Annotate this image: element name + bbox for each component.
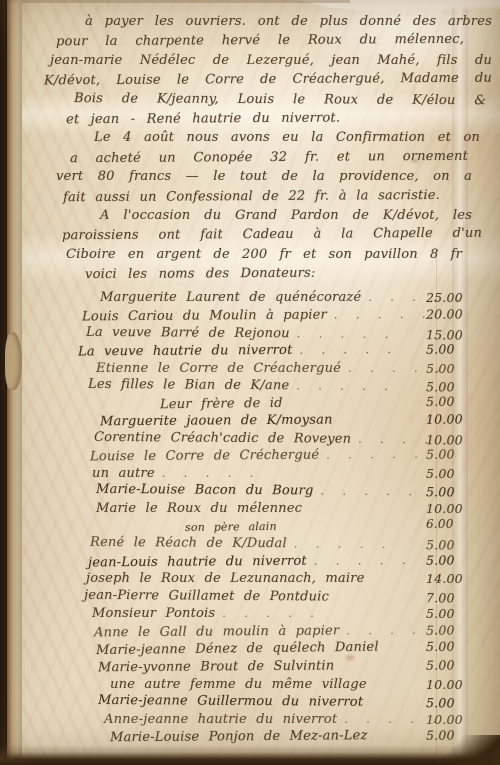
donor-row: Anne-jeanne hautrie du niverrot. . . . .…	[30, 711, 492, 729]
donor-list: Marguerite Laurent de quénécorazé. . . .…	[30, 289, 492, 745]
manuscript-text: à payer les ouvriers. ont de plus donné …	[30, 12, 492, 746]
donation-amount: 20.00	[426, 305, 486, 323]
manuscript-line: à payer les ouvriers. ont de plus donné …	[30, 12, 492, 31]
donation-amount: 7.00	[426, 589, 486, 607]
donor-name: Marie-Louise Bacon du Bourg	[96, 482, 314, 499]
donation-amount: 10.00	[426, 411, 486, 429]
manuscript-line: jean-marie Nédélec de Lezergué, jean Mah…	[30, 51, 492, 70]
donor-row: Louise le Corre de Créchergué. . . . .5.…	[30, 446, 492, 467]
donation-amount: 5.00	[426, 694, 486, 712]
donor-row: une autre femme du même village10.00	[30, 676, 492, 694]
donor-name: jean-Louis hautrie du niverrot	[88, 553, 307, 570]
paragraph-intro: à payer les ouvriers. ont de plus donné …	[30, 12, 492, 128]
donor-name: Marguerite jaouen de K/moysan	[100, 413, 333, 430]
donor-name: Corentine Créach'cadic de Roveyen	[94, 430, 351, 447]
donor-name: Marguerite Laurent de quénécorazé	[100, 290, 361, 305]
manuscript-line: Le 4 août nous avons eu la Confirmation …	[30, 128, 492, 147]
donors-heading: voici les noms des Donateurs:	[30, 263, 492, 285]
donor-name: Monsieur Pontois	[92, 606, 215, 621]
donor-row: jean-Louis hautrie du niverrot. . . . .5…	[30, 551, 492, 572]
donor-row: Marie-jeanne Guillermou du niverrot5.00	[30, 691, 492, 712]
donor-name: Marie-jeanne Guillermou du niverrot	[98, 693, 363, 710]
dotted-leader: . . . . .	[299, 343, 396, 357]
donor-name: jean-Pierre Guillamet de Pontduic	[84, 588, 329, 605]
donation-amount: 5.00	[426, 551, 486, 569]
photograph-of-manuscript: { "document": { "kind": "handwritten Fre…	[0, 0, 500, 765]
manuscript-line: vert 80 francs — le tout de la providenc…	[30, 167, 492, 186]
donation-amount: 5.00	[426, 638, 486, 656]
donor-name: un autre	[92, 466, 155, 481]
donor-row: un autre. . . . .5.00	[30, 465, 492, 483]
torn-paper-nub	[5, 332, 22, 390]
donation-amount: 10.00	[426, 676, 486, 694]
donation-amount: 5.00	[426, 446, 486, 464]
donation-amount: 6.00	[426, 515, 486, 533]
donation-amount: 5.00	[426, 465, 486, 483]
donation-amount: 5.00	[426, 656, 486, 674]
donor-row: Marie le Roux du mélennec10.00	[30, 500, 492, 518]
manuscript-line: fait aussi un Confessional de 22 fr. à l…	[30, 185, 492, 207]
dotted-leader: . . . . .	[294, 537, 391, 551]
donor-row: Marie-Louise Ponjon de Mez-an-Lez5.00	[30, 726, 492, 747]
page-top-edge	[0, 0, 350, 3]
donor-name: Marie-yvonne Brout de Sulvintin	[98, 658, 334, 675]
dotted-leader: . . . . .	[314, 553, 411, 567]
donor-name: Anne le Gall du moulin à papier	[94, 623, 339, 640]
donation-amount: 14.00	[426, 570, 486, 588]
donor-name: Marie le Roux du mélennec	[96, 501, 302, 516]
donor-name: Leur frère de id	[160, 395, 283, 411]
donation-amount: 5.00	[426, 726, 486, 744]
donor-name: La veuve hautrie du niverrot	[78, 343, 293, 360]
donor-name: Marie-jeanne Dénez de quélech Daniel	[96, 640, 379, 658]
donor-name: Anne-jeanne hautrie du niverrot	[104, 712, 337, 727]
donor-row: Monsieur Pontois. . . . .5.00	[30, 605, 492, 623]
manuscript-line: et jean - René hautrie du niverrot.	[30, 108, 492, 130]
manuscript-line: A l'occasion du Grand Pardon de K/dévot,…	[30, 206, 492, 225]
dotted-leader: . . . . .	[162, 467, 258, 480]
dotted-leader: . . . . .	[297, 327, 394, 341]
manuscript-line: Bois de K/jeanny, Louis le Roux de K/élo…	[30, 88, 492, 110]
donation-amount: 5.00	[426, 340, 486, 358]
manuscript-line: Ciboire en argent de 200 fr et son pavil…	[30, 245, 492, 264]
donor-row: La veuve hautrie du niverrot. . . . .5.0…	[30, 340, 492, 361]
donation-amount: 5.00	[426, 484, 486, 502]
donor-name: Etienne le Corre de Créachergué	[96, 361, 341, 376]
donor-name: Marie-Louise Ponjon de Mez-an-Lez	[110, 728, 368, 745]
donation-amount: 5.00	[426, 360, 486, 378]
donation-amount: 5.00	[426, 392, 486, 410]
manuscript-line: paroissiens ont fait Cadeau à la Chapell…	[30, 224, 492, 246]
dotted-leader: . . . . .	[296, 379, 393, 393]
donor-row: Marie-yvonne Brout de Sulvintin5.00	[30, 656, 492, 677]
paragraph-confirmation: Le 4 août nous avons eu la Confirmation …	[30, 128, 492, 206]
manuscript-line: K/dévot, Louise le Corre de Créachergué,…	[30, 69, 492, 91]
donor-row: Marguerite Laurent de quénécorazé. . . .…	[30, 289, 492, 307]
donor-name: une autre femme du même village	[110, 677, 367, 692]
donor-name: René le Réach de K/Dudal	[90, 535, 287, 551]
donor-name: son père alain	[185, 519, 277, 533]
donor-name: Louise le Corre de Créchergué	[90, 448, 319, 465]
donor-name: La veuve Barré de Rejonou	[86, 324, 290, 340]
dotted-leader: . . . . .	[222, 607, 318, 620]
donor-row: Marie-Louise Bacon du Bourg. . . . .5.00	[30, 481, 492, 502]
donor-name: Louis Cariou du Moulin à papier	[82, 307, 327, 324]
donor-name: Les filles le Bian de K/ane	[88, 377, 289, 393]
dotted-leader: . . . . .	[334, 308, 431, 322]
donor-row: joseph le Roux de Lezunanach, maire14.00	[30, 570, 492, 588]
donation-amount: 5.00	[426, 605, 486, 623]
paragraph-pardon: A l'occasion du Grand Pardon de K/dévot,…	[30, 206, 492, 284]
manuscript-line: a acheté un Conopée 32 fr. et un ornemen…	[30, 146, 492, 168]
donor-name: joseph le Roux de Lezunanach, maire	[86, 571, 365, 586]
manuscript-line: pour la charpente hervé le Roux du mélen…	[30, 30, 492, 52]
donor-row: jean-Pierre Guillamet de Pontduic7.00	[30, 586, 492, 607]
dotted-leader: . . . . .	[320, 485, 417, 499]
dotted-leader: . . . . .	[326, 448, 423, 462]
donor-row: Etienne le Corre de Créachergué. . . . .…	[30, 360, 492, 378]
